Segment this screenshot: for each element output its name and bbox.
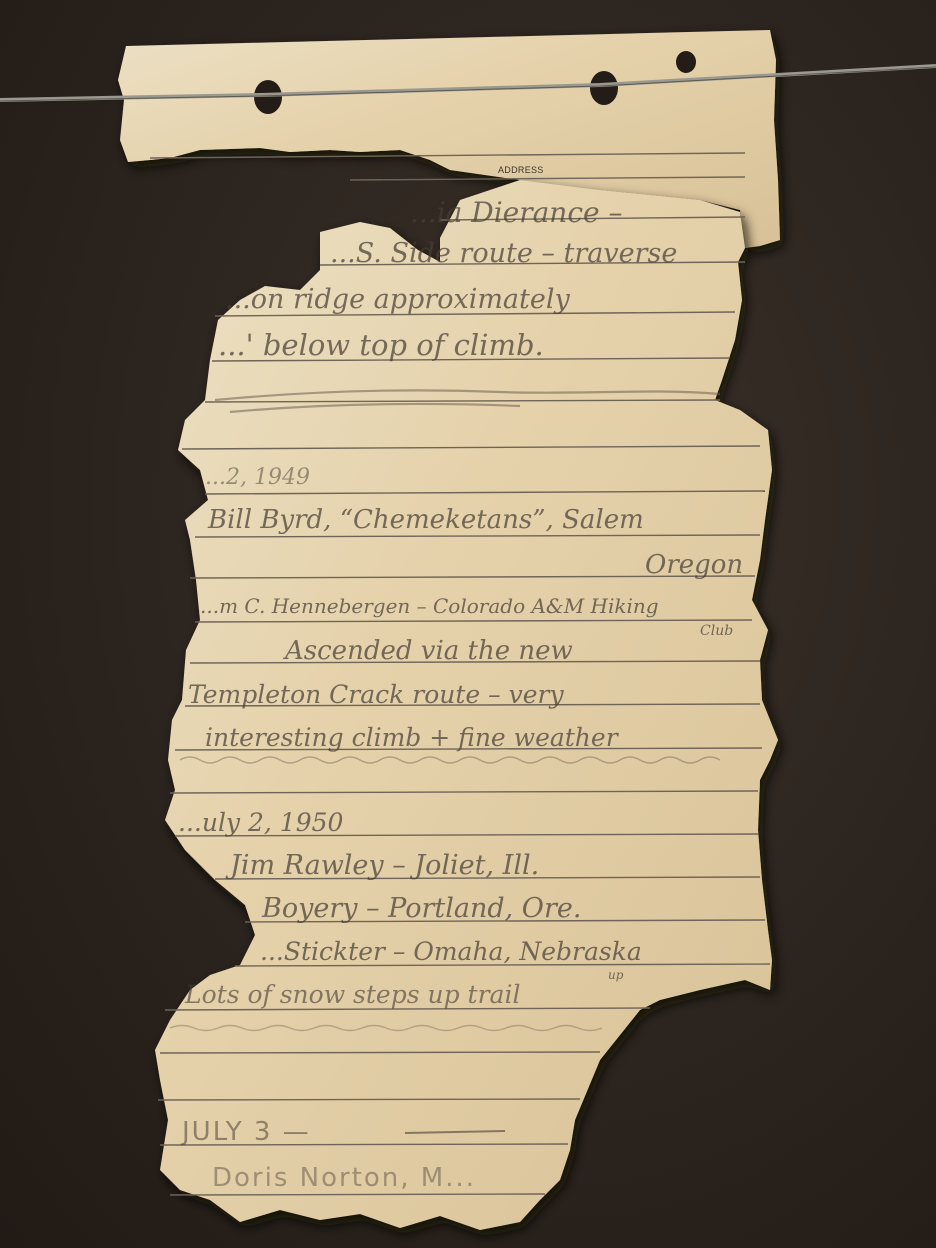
handwritten-line: ...m C. Hennebergen – Colorado A&M Hikin… xyxy=(200,594,659,618)
handwritten-line: interesting climb + fine weather xyxy=(205,723,618,752)
punch-hole xyxy=(590,71,618,105)
printed-header-address: ADDRESS xyxy=(498,165,544,175)
handwritten-line: Lots of snow steps up trail xyxy=(185,980,520,1009)
handwritten-line: Doris Norton, M... xyxy=(212,1163,476,1193)
photo-scene: ADDRESS ...ia Dierance – ...S. Side rout… xyxy=(0,0,936,1248)
punch-hole xyxy=(676,51,696,73)
handwritten-line: Ascended via the new xyxy=(285,636,573,666)
handwritten-line: Jim Rawley – Joliet, Ill. xyxy=(230,850,539,881)
handwritten-line: Boyery – Portland, Ore. xyxy=(262,893,581,924)
handwritten-line: ...' below top of climb. xyxy=(218,328,544,362)
handwritten-line: Bill Byrd, “Chemeketans”, Salem xyxy=(208,505,644,535)
handwritten-line: Templeton Crack route – very xyxy=(188,680,564,709)
handwritten-line: ...ia Dierance – xyxy=(410,196,623,229)
handwritten-line: ...on ridge approximately xyxy=(225,284,570,315)
handwritten-line: ...Stickter – Omaha, Nebraska xyxy=(260,937,642,966)
punch-hole xyxy=(254,80,282,114)
handwritten-line: JULY 3 — xyxy=(182,1117,311,1147)
handwritten-line: Oregon xyxy=(645,550,743,580)
handwritten-line: Club xyxy=(700,623,733,639)
handwritten-line: up xyxy=(608,968,623,982)
torn-paper xyxy=(0,0,936,1248)
handwritten-line: ...S. Side route – traverse xyxy=(330,238,677,269)
handwritten-line: ...uly 2, 1950 xyxy=(178,808,343,837)
handwritten-line: ...2, 1949 xyxy=(205,465,310,490)
